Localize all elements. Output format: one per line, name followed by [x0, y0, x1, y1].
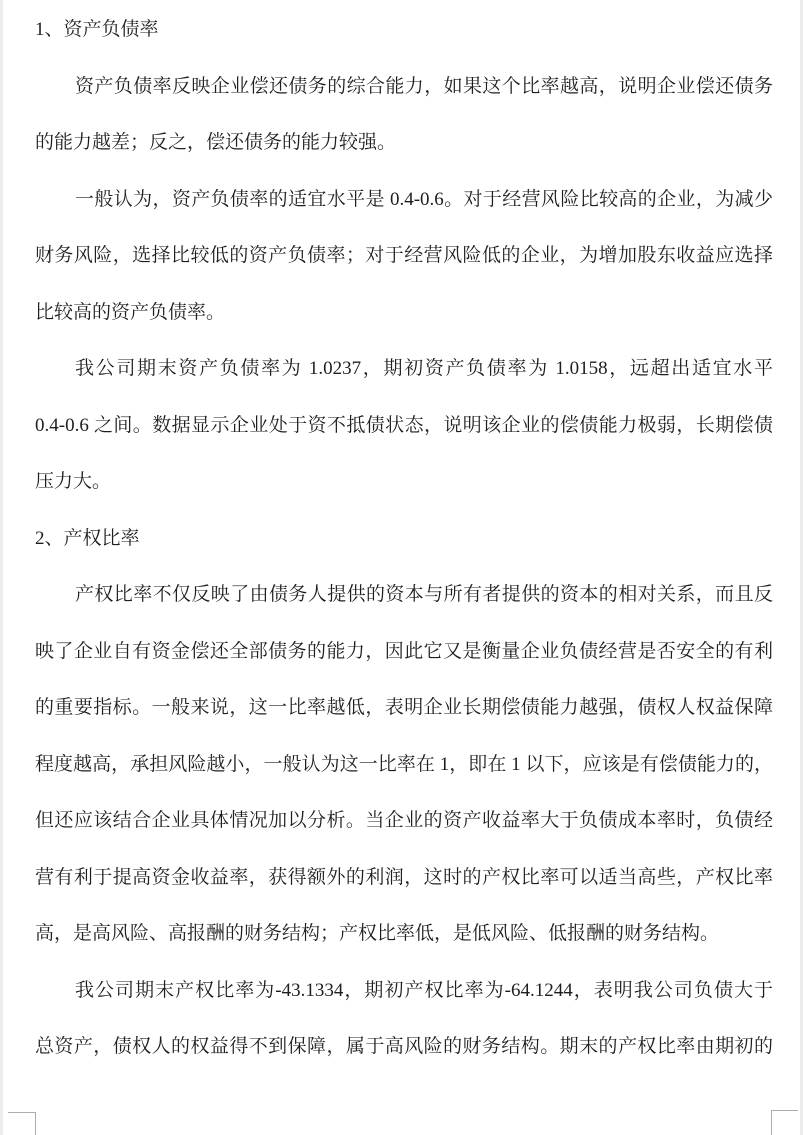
paragraph-line: 财务风险，选择比较低的资产负债率；对于经营风险低的企业，为增加股东收益应选择 — [35, 228, 773, 285]
paragraph-line: 的重要指标。一般来说，这一比率越低，表明企业长期偿债能力越强，债权人权益保障 — [35, 680, 773, 737]
document-body: 1、资产负债率 资产负债率反映企业偿还债务的综合能力，如果这个比率越高，说明企业… — [35, 2, 773, 1076]
paragraph-line: 总资产，债权人的权益得不到保障，属于高风险的财务结构。期末的产权比率由期初的 — [35, 1019, 773, 1076]
margin-crop-mark-left — [8, 1112, 36, 1135]
document-page: 1、资产负债率 资产负债率反映企业偿还债务的综合能力，如果这个比率越高，说明企业… — [0, 0, 803, 1135]
section-heading-1: 1、资产负债率 — [35, 2, 773, 59]
paragraph-line: 但还应该结合企业具体情况加以分析。当企业的资产收益率大于负债成本率时，负债经 — [35, 793, 773, 850]
margin-crop-mark-right — [771, 1110, 798, 1135]
paragraph-line: 我公司期末资产负债率为 1.0237，期初资产负债率为 1.0158，远超出适宜… — [35, 341, 773, 398]
paragraph-line: 0.4-0.6 之间。数据显示企业处于资不抵债状态，说明该企业的偿债能力极弱，长… — [35, 398, 773, 455]
page-left-edge — [0, 0, 3, 1135]
paragraph-line: 产权比率不仅反映了由债务人提供的资本与所有者提供的资本的相对关系，而且反 — [35, 567, 773, 624]
paragraph-line: 比较高的资产负债率。 — [35, 285, 773, 342]
paragraph-line: 压力大。 — [35, 454, 773, 511]
paragraph-line: 映了企业自有资金偿还全部债务的能力，因此它又是衡量企业负债经营是否安全的有利 — [35, 624, 773, 681]
paragraph-line: 资产负债率反映企业偿还债务的综合能力，如果这个比率越高，说明企业偿还债务 — [35, 59, 773, 116]
paragraph-line: 高，是高风险、高报酬的财务结构；产权比率低，是低风险、低报酬的财务结构。 — [35, 906, 773, 963]
paragraph-line: 营有利于提高资金收益率，获得额外的利润，这时的产权比率可以适当高些，产权比率 — [35, 850, 773, 907]
paragraph-line: 的能力越差；反之，偿还债务的能力较强。 — [35, 115, 773, 172]
paragraph-line: 我公司期末产权比率为-43.1334，期初产权比率为-64.1244，表明我公司… — [35, 963, 773, 1020]
paragraph-line: 程度越高，承担风险越小，一般认为这一比率在 1，即在 1 以下，应该是有偿债能力… — [35, 737, 773, 794]
section-heading-2: 2、产权比率 — [35, 511, 773, 568]
paragraph-line: 一般认为，资产负债率的适宜水平是 0.4-0.6。对于经营风险比较高的企业，为减… — [35, 172, 773, 229]
